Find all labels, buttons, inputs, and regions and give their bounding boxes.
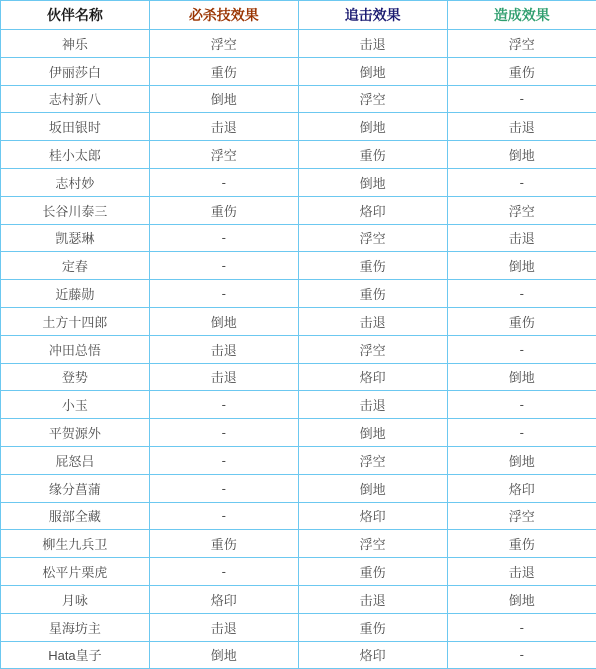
effect-cell: 倒地: [149, 85, 298, 113]
table-row: 伊丽莎白重伤倒地重伤: [1, 57, 596, 85]
effect-cell: 浮空: [298, 335, 447, 363]
table-header-row: 伙伴名称必杀技效果追击效果造成效果: [1, 1, 596, 30]
partner-name-cell: 长谷川泰三: [1, 196, 150, 224]
column-header-partner-name: 伙伴名称: [1, 1, 150, 30]
partner-name-cell: 冲田总悟: [1, 335, 150, 363]
effect-cell: 烙印: [298, 363, 447, 391]
column-header-chase-effect: 追击效果: [298, 1, 447, 30]
table-row: 冲田总悟击退浮空-: [1, 335, 596, 363]
effect-cell: 击退: [149, 335, 298, 363]
effect-cell: 重伤: [447, 530, 596, 558]
effect-cell: 浮空: [447, 196, 596, 224]
effect-cell: 浮空: [149, 30, 298, 58]
effect-cell: -: [149, 224, 298, 252]
effect-cell: 重伤: [149, 196, 298, 224]
table-row: 屁怒吕-浮空倒地: [1, 446, 596, 474]
table-row: 坂田银时击退倒地击退: [1, 113, 596, 141]
table-row: 柳生九兵卫重伤浮空重伤: [1, 530, 596, 558]
effect-cell: 烙印: [298, 196, 447, 224]
effect-cell: 浮空: [447, 502, 596, 530]
table-row: 松平片栗虎-重伤击退: [1, 558, 596, 586]
effect-cell: -: [149, 502, 298, 530]
column-header-inflict-effect: 造成效果: [447, 1, 596, 30]
effect-cell: 重伤: [149, 530, 298, 558]
effect-cell: 浮空: [298, 85, 447, 113]
effect-cell: 击退: [149, 113, 298, 141]
partner-name-cell: 屁怒吕: [1, 446, 150, 474]
effect-cell: 倒地: [447, 446, 596, 474]
effect-cell: 浮空: [149, 141, 298, 169]
table-row: 服部全藏-烙印浮空: [1, 502, 596, 530]
effect-cell: 重伤: [298, 558, 447, 586]
partner-name-cell: 坂田银时: [1, 113, 150, 141]
effect-cell: 击退: [298, 585, 447, 613]
effect-cell: 倒地: [447, 252, 596, 280]
effect-cell: 重伤: [298, 280, 447, 308]
effect-cell: 击退: [149, 363, 298, 391]
effect-cell: -: [149, 419, 298, 447]
effect-cell: 烙印: [298, 641, 447, 669]
table-row: 近藤勋-重伤-: [1, 280, 596, 308]
effect-cell: 倒地: [149, 641, 298, 669]
effect-cell: 浮空: [298, 446, 447, 474]
effect-cell: 倒地: [447, 585, 596, 613]
effect-cell: -: [447, 280, 596, 308]
effect-cell: -: [149, 474, 298, 502]
effect-cell: 重伤: [298, 613, 447, 641]
table-row: 神乐浮空击退浮空: [1, 30, 596, 58]
effect-cell: 击退: [447, 113, 596, 141]
partner-name-cell: 桂小太郎: [1, 141, 150, 169]
effect-cell: 倒地: [447, 363, 596, 391]
effect-cell: 浮空: [298, 224, 447, 252]
effect-cell: 烙印: [149, 585, 298, 613]
effect-cell: -: [447, 613, 596, 641]
table-row: 定春-重伤倒地: [1, 252, 596, 280]
effect-cell: -: [149, 280, 298, 308]
effect-cell: -: [447, 641, 596, 669]
effect-cell: 烙印: [298, 502, 447, 530]
effect-cell: 浮空: [298, 530, 447, 558]
effect-cell: 倒地: [298, 168, 447, 196]
effect-cell: -: [447, 419, 596, 447]
partner-effects-table: 伙伴名称必杀技效果追击效果造成效果 神乐浮空击退浮空伊丽莎白重伤倒地重伤志村新八…: [0, 0, 596, 669]
effect-cell: 击退: [447, 224, 596, 252]
effect-cell: 重伤: [149, 57, 298, 85]
effect-cell: 倒地: [298, 57, 447, 85]
partner-name-cell: 近藤勋: [1, 280, 150, 308]
effect-cell: 重伤: [447, 57, 596, 85]
effect-cell: -: [447, 168, 596, 196]
effect-cell: -: [447, 391, 596, 419]
partner-name-cell: 神乐: [1, 30, 150, 58]
effect-cell: 击退: [298, 30, 447, 58]
partner-name-cell: 志村妙: [1, 168, 150, 196]
table-row: 土方十四郎倒地击退重伤: [1, 307, 596, 335]
table-header: 伙伴名称必杀技效果追击效果造成效果: [1, 1, 596, 30]
partner-name-cell: 月咏: [1, 585, 150, 613]
table-row: 桂小太郎浮空重伤倒地: [1, 141, 596, 169]
effect-cell: -: [149, 391, 298, 419]
effect-cell: 重伤: [447, 307, 596, 335]
effect-cell: -: [149, 558, 298, 586]
partner-name-cell: 星海坊主: [1, 613, 150, 641]
partner-name-cell: 松平片栗虎: [1, 558, 150, 586]
partner-name-cell: 登势: [1, 363, 150, 391]
table-row: 登势击退烙印倒地: [1, 363, 596, 391]
effect-cell: -: [447, 335, 596, 363]
partner-name-cell: 志村新八: [1, 85, 150, 113]
effect-cell: 重伤: [298, 141, 447, 169]
partner-name-cell: 平贺源外: [1, 419, 150, 447]
effect-cell: 击退: [149, 613, 298, 641]
table-row: 月咏烙印击退倒地: [1, 585, 596, 613]
effect-cell: 倒地: [149, 307, 298, 335]
effect-cell: 击退: [298, 391, 447, 419]
table-row: 小玉-击退-: [1, 391, 596, 419]
effect-cell: -: [149, 446, 298, 474]
partner-name-cell: 凯瑟琳: [1, 224, 150, 252]
partner-name-cell: 小玉: [1, 391, 150, 419]
partner-name-cell: 柳生九兵卫: [1, 530, 150, 558]
partner-name-cell: 缘分菖蒲: [1, 474, 150, 502]
effect-cell: 烙印: [447, 474, 596, 502]
table-row: 星海坊主击退重伤-: [1, 613, 596, 641]
partner-name-cell: 土方十四郎: [1, 307, 150, 335]
table-row: 缘分菖蒲-倒地烙印: [1, 474, 596, 502]
effect-cell: 倒地: [298, 474, 447, 502]
table-row: 志村妙-倒地-: [1, 168, 596, 196]
effect-cell: -: [149, 168, 298, 196]
effect-cell: 击退: [447, 558, 596, 586]
partner-name-cell: Hata皇子: [1, 641, 150, 669]
effect-cell: 倒地: [447, 141, 596, 169]
column-header-ultimate-effect: 必杀技效果: [149, 1, 298, 30]
effect-cell: 倒地: [298, 113, 447, 141]
partner-name-cell: 服部全藏: [1, 502, 150, 530]
table-row: 凯瑟琳-浮空击退: [1, 224, 596, 252]
table-row: 志村新八倒地浮空-: [1, 85, 596, 113]
table-row: Hata皇子倒地烙印-: [1, 641, 596, 669]
table-row: 长谷川泰三重伤烙印浮空: [1, 196, 596, 224]
effect-cell: -: [447, 85, 596, 113]
partner-name-cell: 定春: [1, 252, 150, 280]
table-row: 平贺源外-倒地-: [1, 419, 596, 447]
effect-cell: 浮空: [447, 30, 596, 58]
partner-name-cell: 伊丽莎白: [1, 57, 150, 85]
effect-cell: -: [149, 252, 298, 280]
effect-cell: 击退: [298, 307, 447, 335]
effect-cell: 重伤: [298, 252, 447, 280]
table-body: 神乐浮空击退浮空伊丽莎白重伤倒地重伤志村新八倒地浮空-坂田银时击退倒地击退桂小太…: [1, 30, 596, 669]
effect-cell: 倒地: [298, 419, 447, 447]
